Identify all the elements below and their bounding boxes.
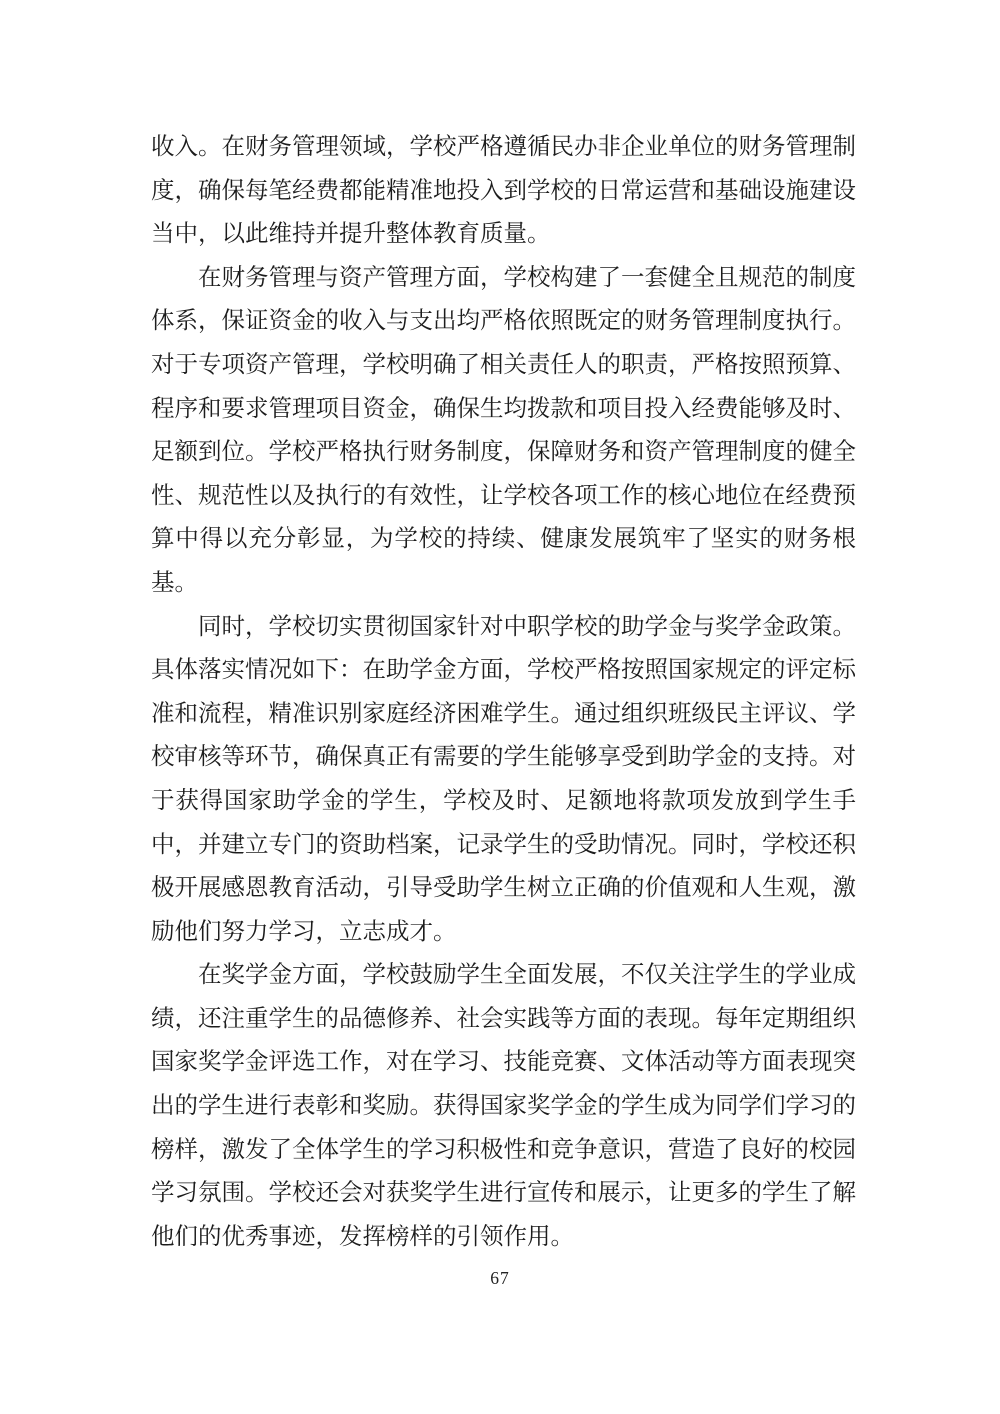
document-page: { "page": { "number": "67", "text_color"… xyxy=(0,0,1000,1414)
document-sheet: 收入。在财务管理领域，学校严格遵循民办非企业单位的财务管理制度，确保每笔经费都能… xyxy=(0,0,1000,1414)
paragraph-grant-policy: 同时，学校切实贯彻国家针对中职学校的助学金与奖学金政策。具体落实情况如下：在助学… xyxy=(151,606,856,955)
page-body-text: 收入。在财务管理领域，学校严格遵循民办非企业单位的财务管理制度，确保每笔经费都能… xyxy=(151,126,856,1259)
page-number: 67 xyxy=(0,1268,1000,1289)
paragraph-scholarship-policy: 在奖学金方面，学校鼓励学生全面发展，不仅关注学生的学业成绩，还注重学生的品德修养… xyxy=(151,954,856,1259)
paragraph-finance-asset-management: 在财务管理与资产管理方面，学校构建了一套健全且规范的制度体系，保证资金的收入与支… xyxy=(151,257,856,606)
paragraph-income-finance-continuation: 收入。在财务管理领域，学校严格遵循民办非企业单位的财务管理制度，确保每笔经费都能… xyxy=(151,126,856,257)
